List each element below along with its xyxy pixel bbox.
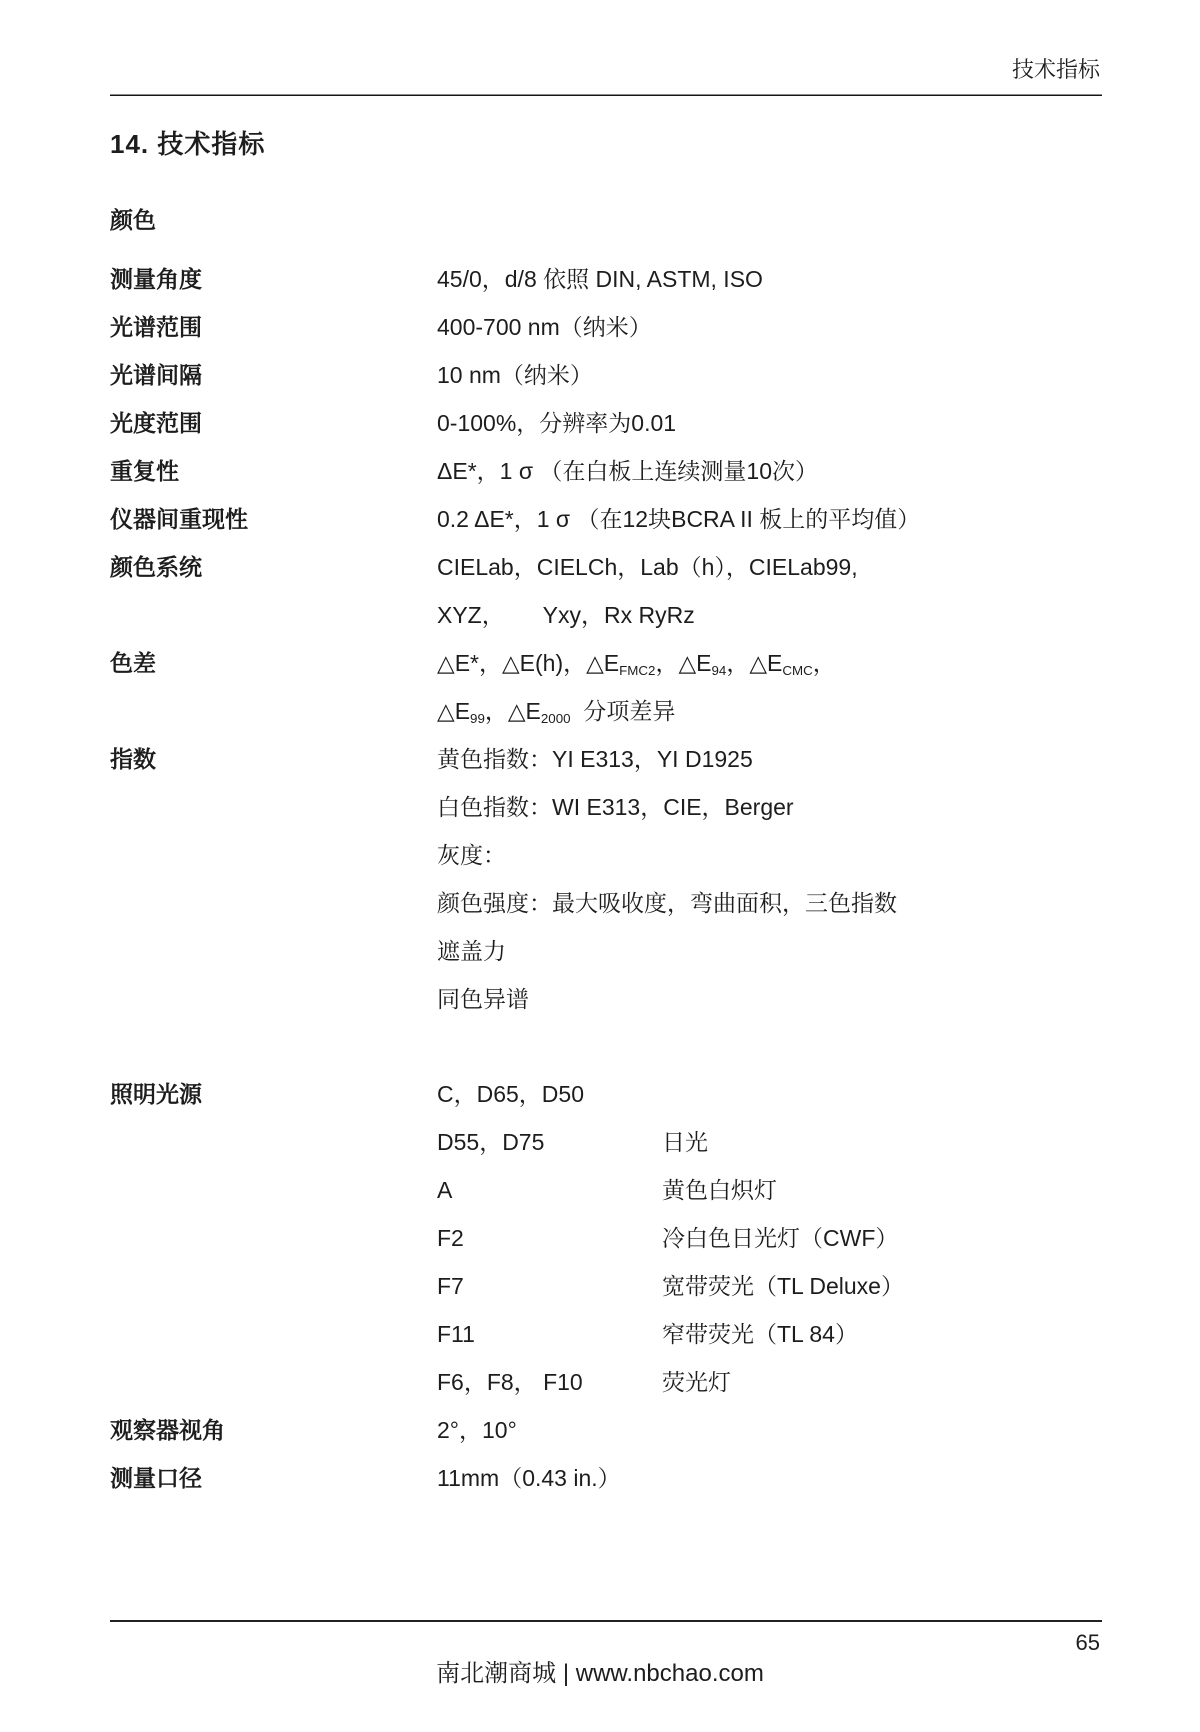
spec-row: 测量角度45/0，d/8 依照 DIN, ASTM, ISO bbox=[110, 255, 1102, 303]
spec-desc: 荧光灯 bbox=[662, 1358, 731, 1406]
spec-desc: 宽带荧光（TL Deluxe） bbox=[662, 1262, 904, 1310]
spec-row: A黄色白炽灯 bbox=[110, 1166, 1102, 1214]
spec-row: XYZ， Yxy，Rx RyRz bbox=[110, 591, 1102, 639]
spec-value: D55，D75 bbox=[437, 1118, 662, 1166]
footer-rule bbox=[110, 1620, 1102, 1622]
spec-table: 测量角度45/0，d/8 依照 DIN, ASTM, ISO光谱范围400-70… bbox=[110, 255, 1102, 1502]
spec-label: 照明光源 bbox=[110, 1070, 437, 1118]
spec-value: F7 bbox=[437, 1262, 662, 1310]
spec-row: F6，F8， F10荧光灯 bbox=[110, 1358, 1102, 1406]
spec-label: 颜色系统 bbox=[110, 543, 437, 591]
spec-value: 0.2 ΔE*，1 σ （在12块BCRA II 板上的平均值） bbox=[437, 495, 920, 543]
spec-label: 指数 bbox=[110, 735, 437, 783]
spec-desc: 冷白色日光灯（CWF） bbox=[662, 1214, 898, 1262]
spec-value: 灰度： bbox=[437, 831, 506, 879]
spec-label: 色差 bbox=[110, 639, 437, 687]
spec-value: ΔE*，1 σ （在白板上连续测量10次） bbox=[437, 447, 818, 495]
document-page: 技术指标 14. 技术指标 颜色 测量角度45/0，d/8 依照 DIN, AS… bbox=[0, 0, 1200, 1732]
spec-value: △E*，△E(h)，△EFMC2，△E94，△ECMC， bbox=[437, 639, 836, 687]
spec-row: F7宽带荧光（TL Deluxe） bbox=[110, 1262, 1102, 1310]
spec-row: 遮盖力 bbox=[110, 927, 1102, 975]
spec-row: △E99，△E2000 分项差异 bbox=[110, 687, 1102, 735]
spec-desc: 日光 bbox=[662, 1118, 708, 1166]
spec-value: 0-100%，分辨率为0.01 bbox=[437, 399, 676, 447]
spec-label: 仪器间重现性 bbox=[110, 495, 437, 543]
spec-row: 灰度： bbox=[110, 831, 1102, 879]
spec-row: 指数黄色指数：YI E313，YI D1925 bbox=[110, 735, 1102, 783]
spec-value: 2°，10° bbox=[437, 1406, 517, 1454]
spec-value: 同色异谱 bbox=[437, 975, 529, 1023]
spec-desc: 窄带荧光（TL 84） bbox=[662, 1310, 858, 1358]
spec-row: 重复性ΔE*，1 σ （在白板上连续测量10次） bbox=[110, 447, 1102, 495]
spec-row: 光度范围0-100%，分辨率为0.01 bbox=[110, 399, 1102, 447]
spec-value: F11 bbox=[437, 1310, 662, 1358]
spec-desc: 黄色白炽灯 bbox=[662, 1166, 777, 1214]
header-rule bbox=[110, 94, 1102, 96]
spec-value: CIELab，CIELCh，Lab（h），CIELab99, bbox=[437, 543, 858, 591]
spec-value: A bbox=[437, 1166, 662, 1214]
page-title: 14. 技术指标 bbox=[110, 124, 265, 161]
spec-value: 黄色指数：YI E313，YI D1925 bbox=[437, 735, 753, 783]
spec-label: 光谱范围 bbox=[110, 303, 437, 351]
spec-value: 10 nm（纳米） bbox=[437, 351, 593, 399]
spec-row: 颜色强度：最大吸收度，弯曲面积，三色指数 bbox=[110, 879, 1102, 927]
subsection-heading: 颜色 bbox=[110, 202, 156, 235]
spec-label: 光度范围 bbox=[110, 399, 437, 447]
spec-value: C，D65，D50 bbox=[437, 1070, 584, 1118]
spec-label: 测量口径 bbox=[110, 1454, 437, 1502]
spec-value: 11mm（0.43 in.） bbox=[437, 1454, 621, 1502]
spec-value: XYZ， Yxy，Rx RyRz bbox=[437, 591, 695, 639]
spec-row: 光谱间隔10 nm（纳米） bbox=[110, 351, 1102, 399]
running-header: 技术指标 bbox=[1012, 56, 1100, 84]
spec-value: F2 bbox=[437, 1214, 662, 1262]
spec-label: 测量角度 bbox=[110, 255, 437, 303]
footer-site-text: 南北潮商城 | www.nbchao.com bbox=[0, 1653, 1200, 1688]
spec-value: 45/0，d/8 依照 DIN, ASTM, ISO bbox=[437, 255, 763, 303]
spec-row: 观察器视角2°，10° bbox=[110, 1406, 1102, 1454]
spec-value: 遮盖力 bbox=[437, 927, 506, 975]
spec-value: △E99，△E2000 分项差异 bbox=[437, 687, 675, 735]
spec-row: F2冷白色日光灯（CWF） bbox=[110, 1214, 1102, 1262]
spec-row: 测量口径11mm（0.43 in.） bbox=[110, 1454, 1102, 1502]
spec-value: F6，F8， F10 bbox=[437, 1358, 662, 1406]
spec-label: 观察器视角 bbox=[110, 1406, 437, 1454]
spec-label: 重复性 bbox=[110, 447, 437, 495]
spec-row: 色差△E*，△E(h)，△EFMC2，△E94，△ECMC， bbox=[110, 639, 1102, 687]
spec-value: 白色指数：WI E313，CIE，Berger bbox=[437, 783, 794, 831]
spec-row: 光谱范围400-700 nm（纳米） bbox=[110, 303, 1102, 351]
spec-row: F11窄带荧光（TL 84） bbox=[110, 1310, 1102, 1358]
spec-row: 同色异谱 bbox=[110, 975, 1102, 1023]
spec-row: D55，D75日光 bbox=[110, 1118, 1102, 1166]
spec-row: 颜色系统CIELab，CIELCh，Lab（h），CIELab99, bbox=[110, 543, 1102, 591]
spec-row: 白色指数：WI E313，CIE，Berger bbox=[110, 783, 1102, 831]
spec-row: 仪器间重现性0.2 ΔE*，1 σ （在12块BCRA II 板上的平均值） bbox=[110, 495, 1102, 543]
spec-value: 颜色强度：最大吸收度，弯曲面积，三色指数 bbox=[437, 879, 897, 927]
spec-row: 照明光源C，D65，D50 bbox=[110, 1070, 1102, 1118]
spec-label: 光谱间隔 bbox=[110, 351, 437, 399]
spec-value: 400-700 nm（纳米） bbox=[437, 303, 652, 351]
